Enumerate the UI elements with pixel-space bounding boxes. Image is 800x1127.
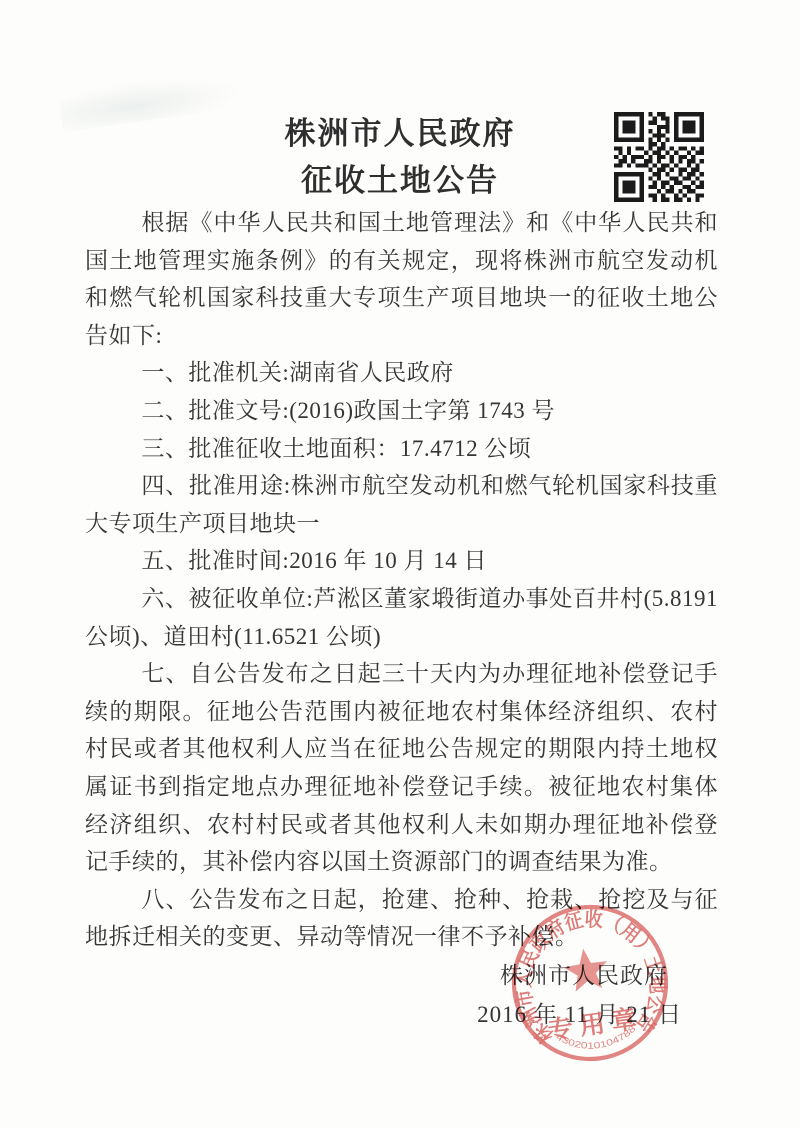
item-registration-deadline: 七、自公告发布之日起三十天内为办理征地补偿登记手续的期限。征地公告范围内被征地农… — [85, 655, 718, 881]
item-approval-number: 二、批准文号:(2016)政国土字第 1743 号 — [85, 392, 718, 430]
star-icon — [561, 946, 610, 993]
item-approval-authority: 一、批准机关:湖南省人民政府 — [85, 354, 718, 392]
item-approved-area: 三、批准征收土地面积：17.4712 公顷 — [85, 430, 718, 468]
official-seal: 株洲市人民政府征收（用）土地公告 专用章 4302010104788 — [500, 893, 680, 1073]
paragraph-legal-basis: 根据《中华人民共和国土地管理法》和《中华人民共和国土地管理实施条例》的有关规定，… — [85, 204, 718, 354]
item-approved-use: 四、批准用途:株洲市航空发动机和燃气轮机国家科技重大专项生产项目地块一 — [85, 467, 718, 542]
announcement-body: 根据《中华人民共和国土地管理法》和《中华人民共和国土地管理实施条例》的有关规定，… — [85, 204, 718, 956]
item-expropriated-units: 六、被征收单位:芦淞区董家塅街道办事处百井村(5.8191 公顷)、道田村(11… — [85, 580, 718, 655]
scanned-document-page: 株洲市人民政府 征收土地公告 根据《中华人民共和国土地管理法》和《中华人民共和国… — [0, 0, 800, 1127]
seal-group: 株洲市人民政府征收（用）土地公告 专用章 4302010104788 — [501, 896, 679, 1069]
item-approval-date: 五、批准时间:2016 年 10 月 14 日 — [85, 542, 718, 580]
qr-code-icon — [614, 112, 704, 202]
